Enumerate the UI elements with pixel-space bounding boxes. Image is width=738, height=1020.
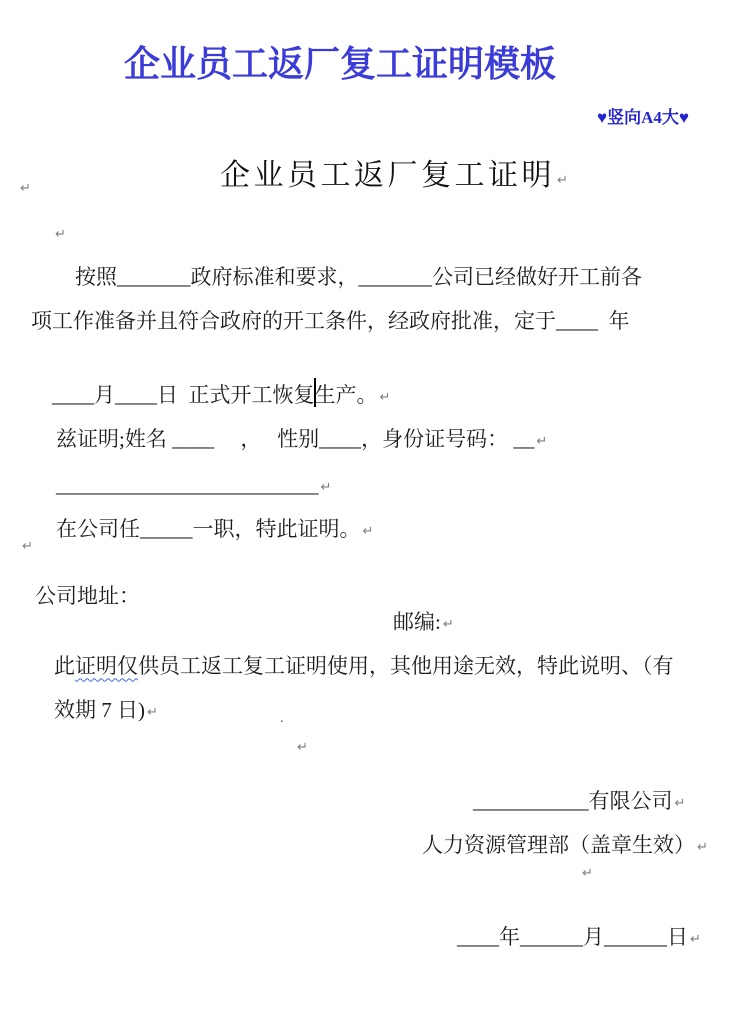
signature-dept-line: 人力资源管理部（盖章生效）↵: [401, 806, 708, 885]
date-line: ____年______月______日↵: [436, 898, 701, 977]
paragraph-mark-icon: ↵: [582, 866, 593, 881]
document-page: 企业员工返厂复工证明模板 ♥竖向A4大♥ 企业员工返厂复工证明↵ ↵ ↵ 按照_…: [0, 0, 738, 1020]
paragraph-mark-icon: ↵: [55, 227, 66, 242]
note-rest: 供员工返工复工证明使用，其他用途无效，特此说明、（有: [138, 654, 674, 678]
signature-dept: 人力资源管理部（盖章生效）: [422, 833, 695, 857]
paragraph-mark-icon: ↵: [690, 932, 701, 947]
note-line2: 效期 7 日)↵: [33, 671, 158, 750]
position-line: 在公司任_____一职，特此证明。↵: [35, 490, 373, 569]
paragraph-mark-icon: ↵: [697, 840, 708, 855]
body-paragraph-line2: 项工作准备并且符合政府的开工条件，经政府批准，定于____ 年: [31, 308, 630, 334]
position-text: 在公司任_____一职，特此证明。: [56, 517, 361, 541]
paragraph-mark-icon: ↵: [363, 524, 374, 539]
paragraph-mark-icon: ↵: [557, 173, 568, 188]
paragraph-mark-icon: ↵: [147, 705, 158, 720]
paragraph-mark-icon: ↵: [20, 181, 31, 196]
paragraph-mark-icon: ↵: [22, 539, 33, 554]
certificate-heading-line: 企业员工返厂复工证明↵: [176, 119, 568, 232]
date-blanks: ____年______月______日: [457, 925, 688, 949]
orientation-tag: ♥竖向A4大♥: [597, 107, 689, 128]
address-label: 公司地址：: [35, 583, 140, 609]
stray-dot: .: [280, 710, 284, 728]
body-paragraph-line1: 按照_______政府标准和要求，_______公司已经做好开工前各: [75, 264, 642, 290]
paragraph-mark-icon: ↵: [536, 434, 547, 449]
paragraph-mark-icon: ↵: [297, 740, 308, 755]
certificate-heading: 企业员工返厂复工证明: [220, 159, 555, 192]
page-title: 企业员工返厂复工证明模板: [124, 42, 556, 87]
note-line2-text: 效期 7 日): [54, 698, 145, 722]
